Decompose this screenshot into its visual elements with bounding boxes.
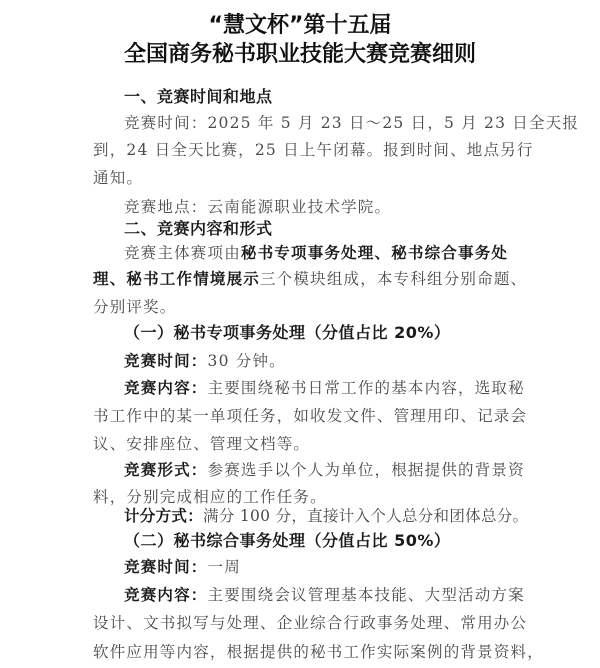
section-heading-content-form: 二、竞赛内容和形式 [124, 219, 273, 239]
paragraph-competition-time-line-1: 竞赛时间：2025 年 5 月 23 日～25 日，5 月 23 日全天报 [124, 113, 579, 133]
paragraph-intro-line-2: 理、秘书工作情境展示三个模块组成，本专科组分别命题、 [93, 269, 527, 289]
value-competition-time: 30 分钟。 [208, 352, 286, 370]
sub1-content-line-2: 书工作中的某一单项任务，如收发文件、管理用印、记录会 [93, 406, 527, 426]
sub1-form-line-1: 竞赛形式：参赛选手以个人为单位，根据提供的背景资 [124, 460, 525, 480]
document-page: “慧文杯”第十五届 全国商务秘书职业技能大赛竞赛细则 一、竞赛时间和地点 竞赛时… [0, 0, 600, 668]
sub2-content-line-1: 竞赛内容：主要围绕会议管理基本技能、大型活动方案 [124, 585, 525, 605]
label-competition-content: 竞赛内容： [124, 379, 208, 397]
paragraph-intro-line-1: 竞赛主体赛项由秘书专项事务处理、秘书综合事务处 [124, 243, 508, 263]
document-title-line-2: 全国商务秘书职业技能大赛竞赛细则 [0, 37, 600, 68]
sub1-form-line-2: 料，分别完成相应的工作任务。 [93, 487, 327, 507]
label-competition-content: 竞赛内容： [124, 586, 208, 604]
label-competition-time: 竞赛时间： [124, 352, 208, 370]
subsection-heading-2: （二）秘书综合事务处理（分值占比 50%） [124, 531, 450, 551]
subsection-heading-1: （一）秘书专项事务处理（分值占比 20%） [124, 323, 450, 343]
sub2-content-line-3: 软件应用等内容，根据提供的秘书工作实际案例的背景资料， [93, 642, 544, 662]
paragraph-competition-time-line-3: 通知。 [93, 168, 143, 188]
sub2-time: 竞赛时间：一周 [124, 557, 241, 577]
section-heading-time-place: 一、竞赛时间和地点 [124, 87, 273, 107]
label-competition-form: 竞赛形式： [124, 461, 208, 479]
value-competition-form: 参赛选手以个人为单位，根据提供的背景资 [208, 461, 525, 479]
sub1-content-line-3: 议、安排座位、管理文档等。 [93, 434, 310, 454]
paragraph-competition-place: 竞赛地点：云南能源职业技术学院。 [124, 197, 391, 217]
label-competition-time: 竞赛时间： [124, 558, 208, 576]
document-title-line-1: “慧文杯”第十五届 [0, 8, 600, 39]
value-competition-content: 主要围绕会议管理基本技能、大型活动方案 [208, 586, 525, 604]
label-scoring-method: 计分方式： [124, 507, 203, 525]
intro-text: 三个模块组成，本专科组分别命题、 [260, 270, 527, 288]
value-competition-time: 一周 [208, 558, 241, 576]
sub1-content-line-1: 竞赛内容：主要围绕秘书日常工作的基本内容，选取秘 [124, 378, 525, 398]
intro-modules-bold: 理、秘书工作情境展示 [93, 270, 260, 288]
intro-text: 竞赛主体赛项由 [124, 244, 241, 262]
intro-modules-bold: 秘书专项事务处理、秘书综合事务处 [241, 244, 508, 262]
value-scoring-method: 满分 100 分，直接计入个人总分和团体总分。 [203, 507, 528, 525]
sub1-time: 竞赛时间：30 分钟。 [124, 351, 286, 371]
paragraph-competition-time-line-2: 到，24 日全天比赛，25 日上午闭幕。报到时间、地点另行 [93, 140, 534, 160]
paragraph-intro-line-3: 分别评奖。 [93, 297, 177, 317]
sub1-scoring: 计分方式：满分 100 分，直接计入个人总分和团体总分。 [124, 506, 528, 526]
sub2-content-line-2: 设计、文书拟写与处理、企业综合行政事务处理、常用办公 [93, 613, 527, 633]
value-competition-content: 主要围绕秘书日常工作的基本内容，选取秘 [208, 379, 525, 397]
